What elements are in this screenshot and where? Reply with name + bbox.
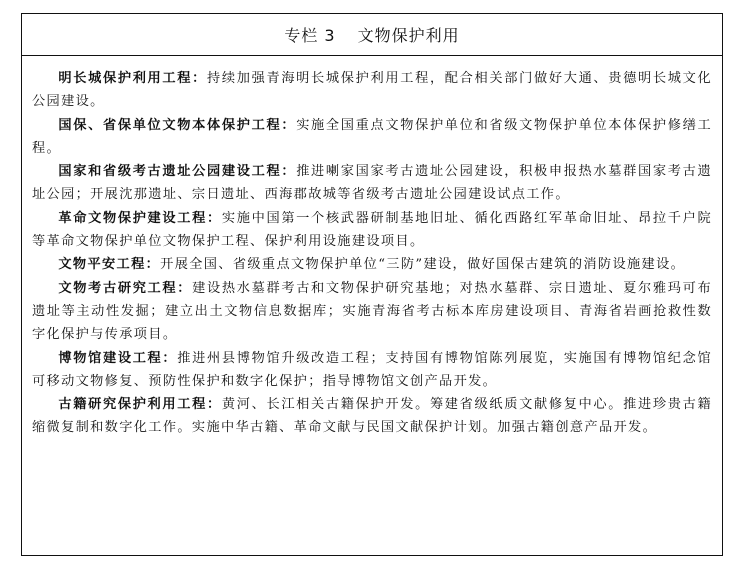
column-header: 专栏 3 文物保护利用 xyxy=(22,14,722,56)
column-title: 文物保护利用 xyxy=(358,23,460,46)
item-title: 文物平安工程： xyxy=(58,257,160,272)
item-text: 开展全国、省级重点文物保护单位“三防”建设，做好国保古建筑的消防设施建设。 xyxy=(160,257,685,272)
item-title: 国保、省保单位文物本体保护工程： xyxy=(58,118,296,133)
item-ming-great-wall: 明长城保护利用工程：持续加强青海明长城保护利用工程，配合相关部门做好大通、贵德明… xyxy=(32,67,712,114)
item-relic-safety: 文物平安工程：开展全国、省级重点文物保护单位“三防”建设，做好国保古建筑的消防设… xyxy=(32,253,712,276)
item-title: 博物馆建设工程： xyxy=(58,351,177,366)
item-archaeology-research: 文物考古研究工程：建设热水墓群考古和文物保护研究基地；对热水墓群、宗日遗址、夏尔… xyxy=(32,277,712,347)
column-box: 专栏 3 文物保护利用 明长城保护利用工程：持续加强青海明长城保护利用工程，配合… xyxy=(21,13,723,556)
item-title: 革命文物保护建设工程： xyxy=(58,211,221,226)
item-title: 国家和省级考古遗址公园建设工程： xyxy=(58,164,296,179)
item-title: 文物考古研究工程： xyxy=(58,281,192,296)
column-label: 专栏 3 xyxy=(284,23,335,46)
item-museum-construction: 博物馆建设工程：推进州县博物馆升级改造工程；支持国有博物馆陈列展览，实施国有博物… xyxy=(32,347,712,394)
item-title: 明长城保护利用工程： xyxy=(58,71,207,86)
column-body: 明长城保护利用工程：持续加强青海明长城保护利用工程，配合相关部门做好大通、贵德明… xyxy=(22,56,722,440)
item-title: 古籍研究保护利用工程： xyxy=(58,397,221,412)
item-archaeological-parks: 国家和省级考古遗址公园建设工程：推进喇家国家考古遗址公园建设，积极申报热水墓群国… xyxy=(32,160,712,207)
item-ancient-books: 古籍研究保护利用工程：黄河、长江相关古籍保护开发。筹建省级纸质文献修复中心。推进… xyxy=(32,393,712,440)
item-protected-units: 国保、省保单位文物本体保护工程：实施全国重点文物保护单位和省级文物保护单位本体保… xyxy=(32,114,712,161)
item-revolutionary-relics: 革命文物保护建设工程：实施中国第一个核武器研制基地旧址、循化西路红军革命旧址、昂… xyxy=(32,207,712,254)
